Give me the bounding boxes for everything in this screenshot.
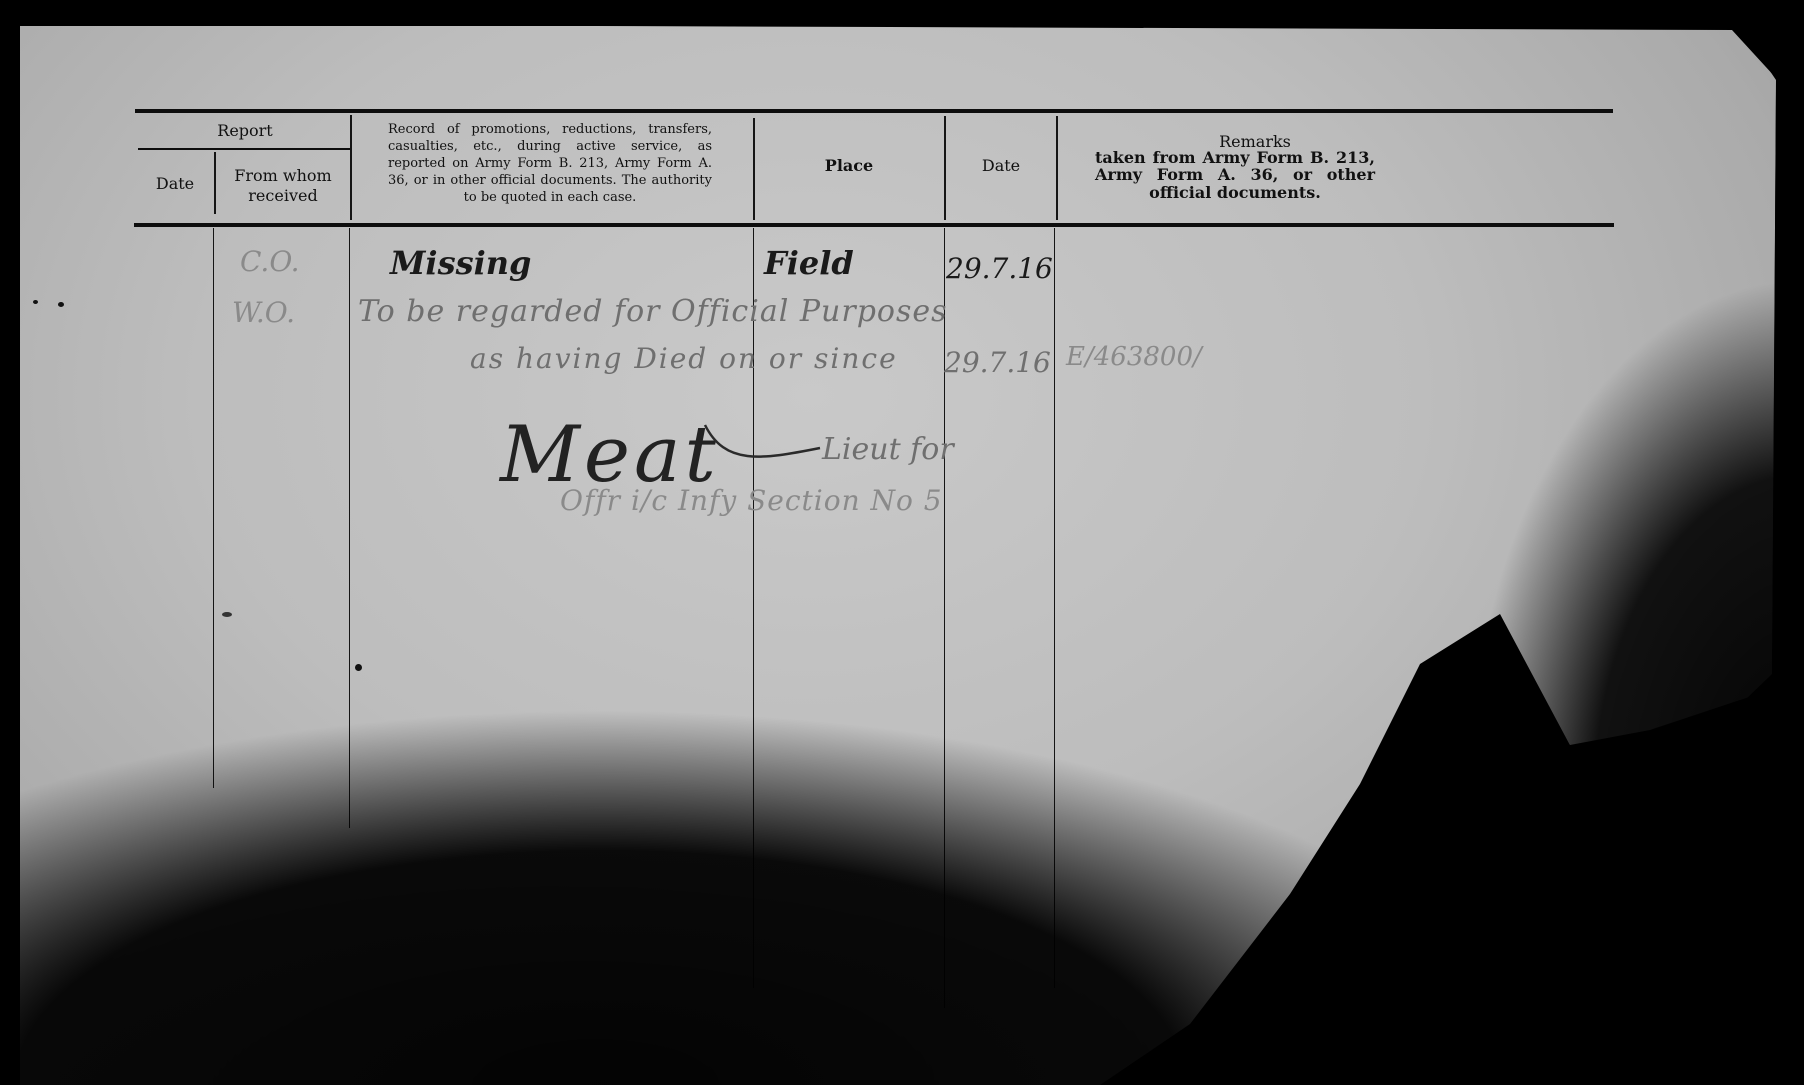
- entry-1-date: 29.7.16: [946, 252, 1053, 285]
- entry-3-remarks: E/463800/: [1066, 342, 1202, 372]
- ink-speck: [33, 300, 38, 304]
- header-record-description: Record of promotions, reductions, transf…: [388, 122, 712, 206]
- entry-2-from-whom: W.O.: [232, 296, 295, 329]
- header-top-rule: [135, 109, 1613, 113]
- entry-2-record: To be regarded for Official Purposes: [358, 294, 948, 329]
- entry-3-record: as having Died on or since: [470, 342, 898, 375]
- entry-3-date: 29.7.16: [944, 346, 1051, 379]
- ink-speck: [222, 612, 232, 617]
- ink-speck: [58, 302, 64, 307]
- header-place: Place: [755, 156, 943, 176]
- header-from-whom: From whom received: [216, 166, 350, 205]
- header-bottom-rule: [134, 223, 1614, 227]
- col-line-date: [1054, 228, 1055, 988]
- col-line-place: [944, 228, 945, 1008]
- header-remarks-description: taken from Army Form B. 213, Army Form A…: [1095, 149, 1375, 201]
- ink-speck: [355, 664, 362, 671]
- col-line-report: [349, 228, 350, 828]
- entry-1-record: Missing: [390, 244, 531, 282]
- signature-title-line2: Offr i/c Infy Section No 5: [560, 484, 943, 517]
- header-report: Report: [140, 121, 350, 141]
- col-divider-date: [1056, 116, 1058, 220]
- signature-flourish: [700, 420, 840, 470]
- report-sub-rule: [138, 148, 350, 150]
- signature-title-line1: Lieut for: [822, 432, 954, 467]
- entry-1-place: Field: [764, 244, 854, 282]
- header-date: Date: [946, 156, 1056, 176]
- entry-1-from-whom: C.O.: [240, 245, 300, 278]
- header-report-date: Date: [137, 174, 213, 194]
- col-divider-report: [350, 115, 352, 220]
- col-line-report-date: [213, 228, 214, 788]
